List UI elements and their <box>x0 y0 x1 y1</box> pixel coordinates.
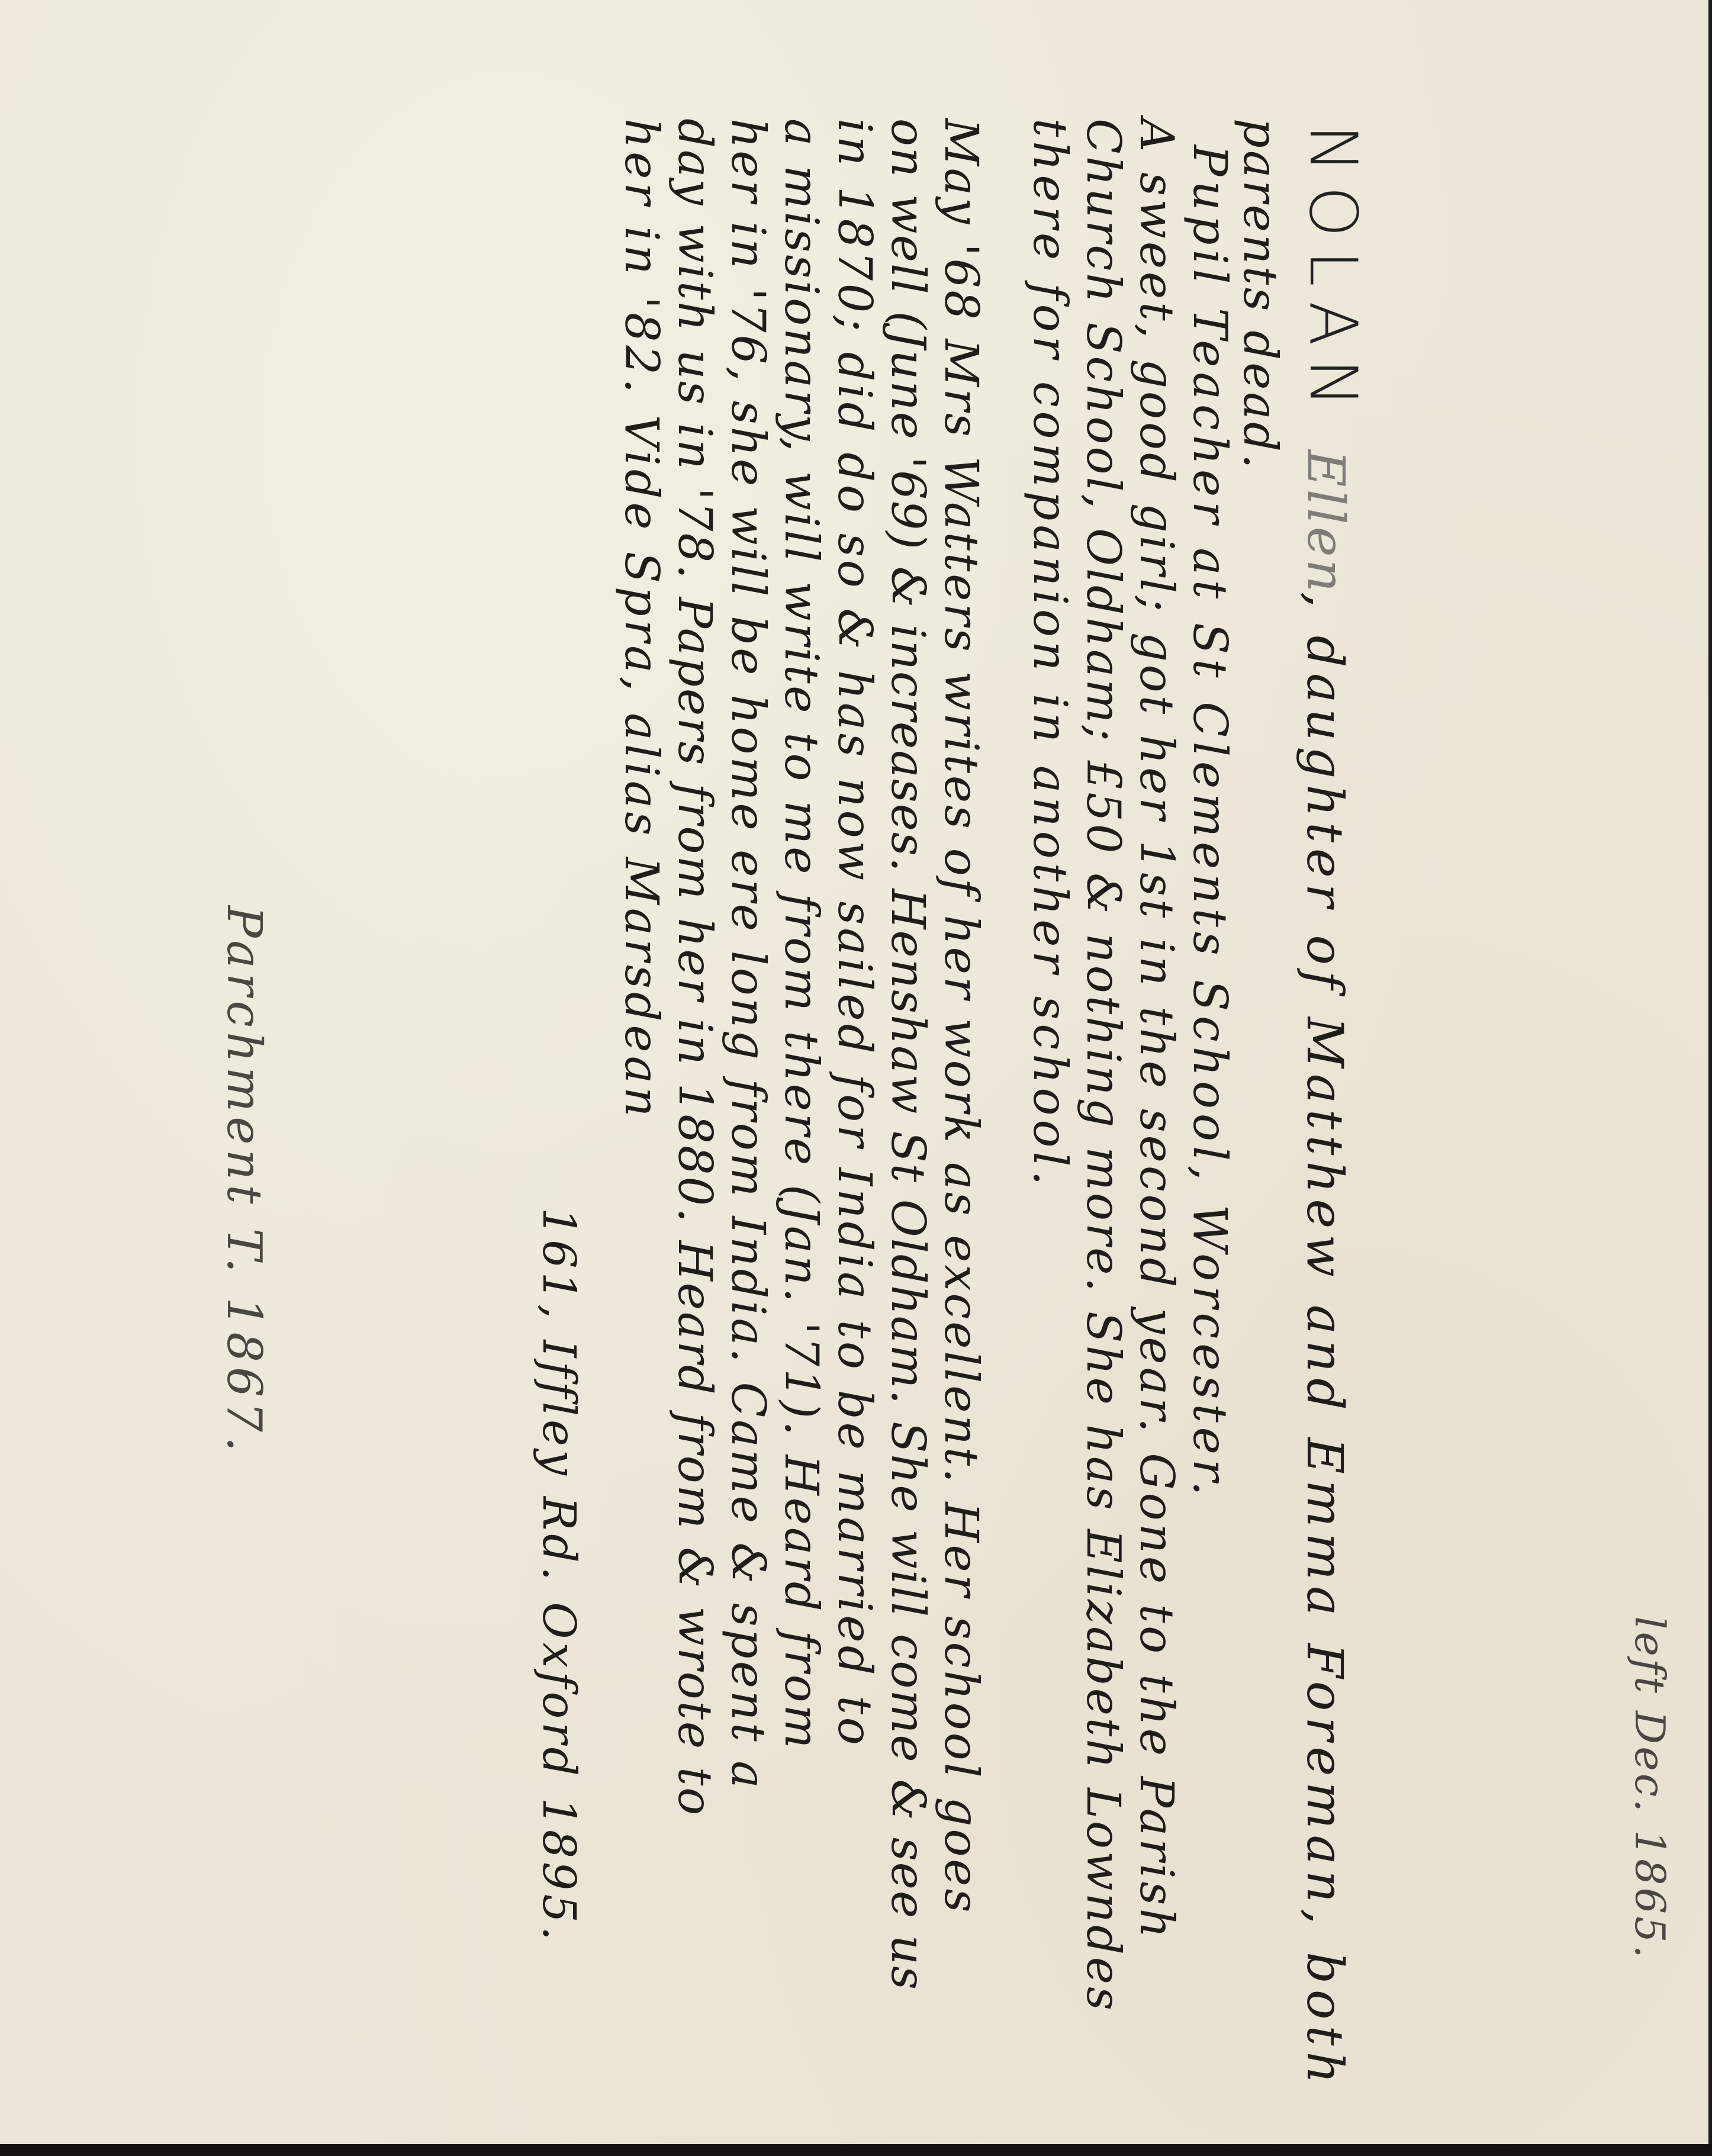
given-name: Ellen <box>1300 450 1351 594</box>
entry-line-10: a missionary, will write to me from ther… <box>778 118 824 1751</box>
scan-border-bottom <box>0 2144 1712 2156</box>
entry-line-1: , daughter of Matthew and Emma Foreman, … <box>1300 592 1350 2090</box>
left-date-annotation: left Dec. 1865. <box>1629 1616 1671 1961</box>
entry-line-11: her in '76, she will be home ere long fr… <box>725 118 771 1791</box>
certificate-line: Parchment T. 1867. <box>220 906 268 1456</box>
scan-border-right <box>1708 0 1712 2156</box>
entry-line-6: there for companion in another school. <box>1026 118 1073 1189</box>
address-line: 161, Iffley Rd. Oxford 1895. <box>536 1208 581 1944</box>
surname: NOLAN <box>1301 124 1366 420</box>
entry-line-3: Pupil Teacher at St Clements School, Wor… <box>1186 145 1232 1500</box>
entry-line-12: day with us in '78. Papers from her in 1… <box>671 118 717 1817</box>
document-scan: left Dec. 1865. NOLAN Ellen , daughter o… <box>0 0 1708 2144</box>
entry-line-5: Church School, Oldham; £50 & nothing mor… <box>1080 118 1126 2013</box>
entry-line-4: A sweet, good girl; got her 1st in the s… <box>1133 118 1179 1941</box>
entry-line-13: her in '82. Vide Spra, alias Marsdean <box>618 118 664 1121</box>
register-page: left Dec. 1865. NOLAN Ellen , daughter o… <box>0 0 1708 2144</box>
entry-line-8: on well (June '69) & increases. Henshaw … <box>884 118 931 1991</box>
entry-line-7: May '68 Mrs Watters writes of her work a… <box>938 118 984 1915</box>
entry-line-2: parents dead. <box>1237 118 1283 471</box>
entry-line-9: in 1870; did do so & has now sailed for … <box>831 118 877 1748</box>
